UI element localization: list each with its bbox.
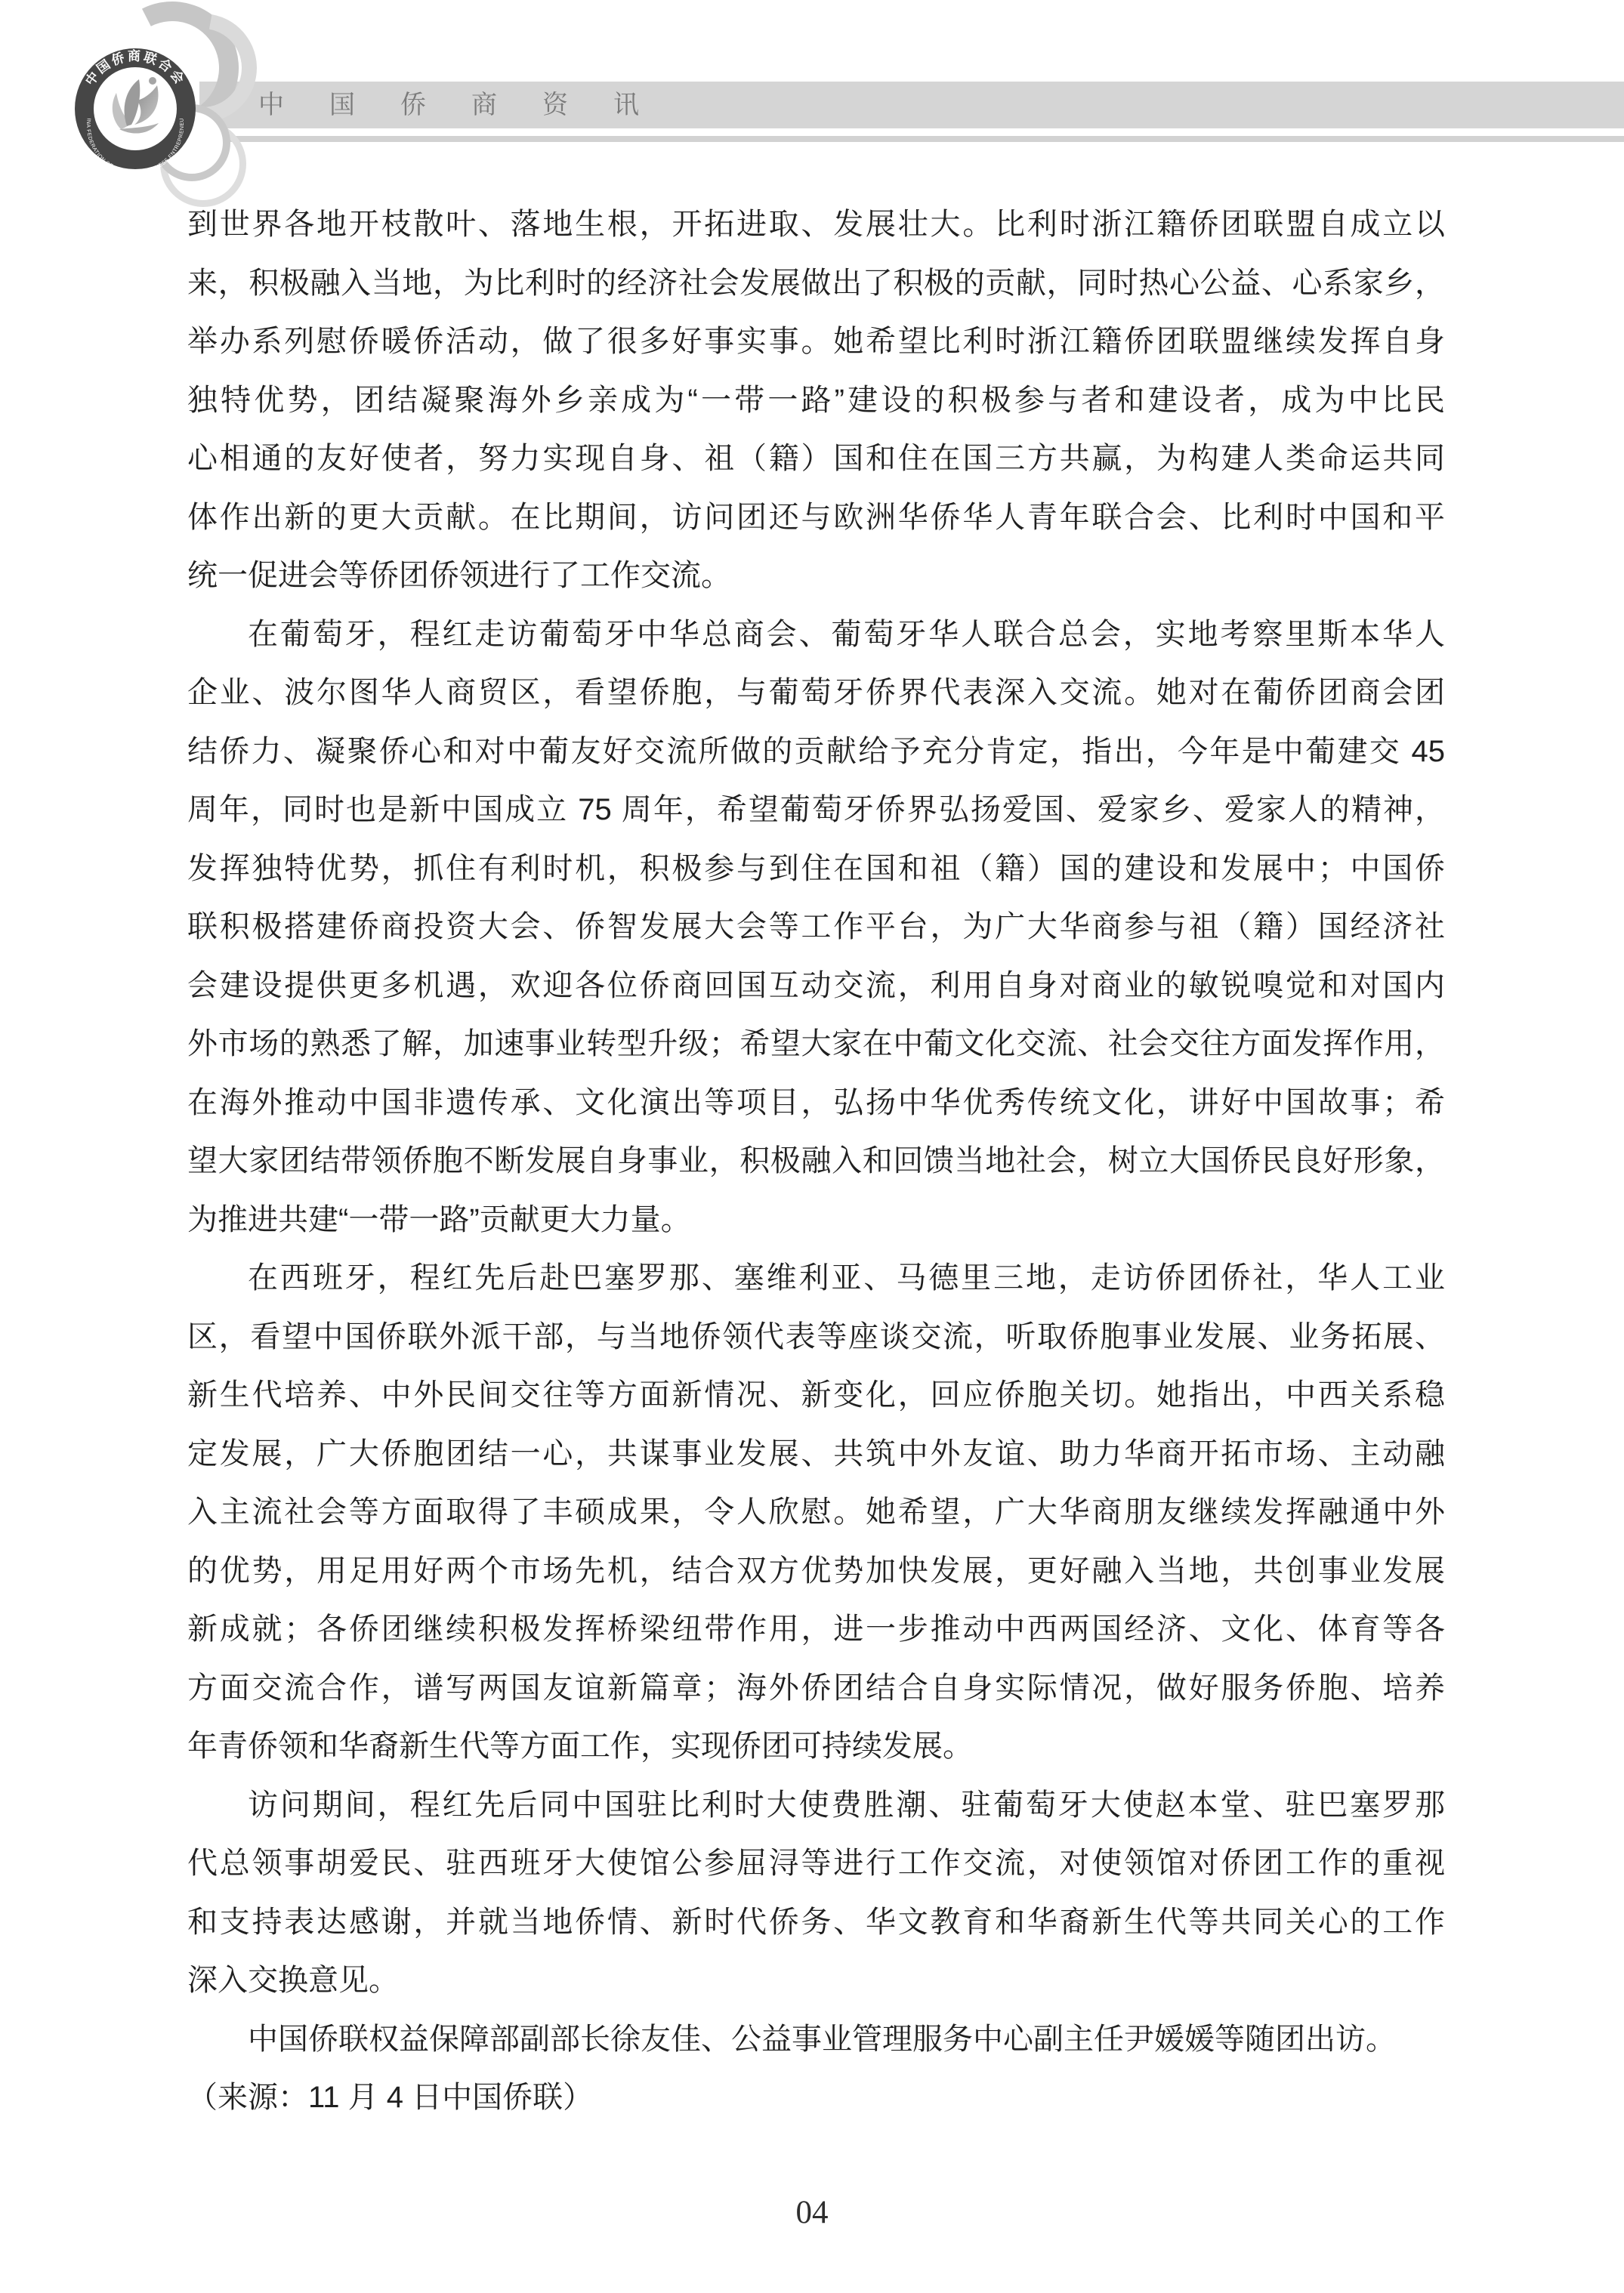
text-line: 会建设提供更多机遇，欢迎各位侨商回国互动交流，利用自身对商业的敏锐嗅觉和对国内: [187, 957, 1445, 1016]
text-line: 入主流社会等方面取得了丰硕成果，令人欣慰。她希望，广大华商朋友继续发挥融通中外: [187, 1483, 1445, 1542]
text-line: 年青侨领和华裔新生代等方面工作，实现侨团可持续发展。: [187, 1717, 1445, 1776]
text-line: 统一促进会等侨团侨领进行了工作交流。: [187, 547, 1445, 606]
text-line: 新生代培养、中外民间交往等方面新情况、新变化，回应侨胞关切。她指出，中西关系稳: [187, 1366, 1445, 1425]
text-line: 企业、波尔图华人商贸区，看望侨胞，与葡萄牙侨界代表深入交流。她对在葡侨团商会团: [187, 664, 1445, 723]
text-line: 和支持表达感谢，并就当地侨情、新时代侨务、华文教育和华裔新生代等共同关心的工作: [187, 1893, 1445, 1952]
text-line: 周年，同时也是新中国成立 75 周年，希望葡萄牙侨界弘扬爱国、爱家乡、爱家人的精…: [187, 781, 1445, 840]
masthead-band-accent: [204, 136, 1624, 142]
text-line: 为推进共建“一带一路”贡献更大力量。: [187, 1191, 1445, 1250]
page-number: 04: [0, 2194, 1624, 2231]
text-line: 联积极搭建侨商投资大会、侨智发展大会等工作平台，为广大华商参与祖（籍）国经济社: [187, 898, 1445, 957]
text-line: 在葡萄牙，程红走访葡萄牙中华总商会、葡萄牙华人联合总会，实地考察里斯本华人: [187, 606, 1445, 665]
paragraph: 在葡萄牙，程红走访葡萄牙中华总商会、葡萄牙华人联合总会，实地考察里斯本华人企业、…: [187, 606, 1445, 1250]
logo-emblem-icon: 中国侨商联合会 CHINA FEDERATION OF OVERSEAS CHI…: [74, 48, 196, 170]
text-line: 发挥独特优势，抓住有利时机，积极参与到住在国和祖（籍）国的建设和发展中；中国侨: [187, 840, 1445, 899]
text-line: 来，积极融入当地，为比利时的经济社会发展做出了积极的贡献，同时热心公益、心系家乡…: [187, 255, 1445, 313]
text-line: 中国侨联权益保障部副部长徐友佳、公益事业管理服务中心副主任尹媛媛等随团出访。: [187, 2011, 1445, 2069]
text-line: 在海外推动中国非遗传承、文化演出等项目，弘扬中华优秀传统文化，讲好中国故事；希: [187, 1074, 1445, 1133]
text-line: 体作出新的更大贡献。在比期间，访问团还与欧洲华侨华人青年联合会、比利时中国和平: [187, 489, 1445, 548]
text-line: 的优势，用足用好两个市场先机，结合双方优势加快发展，更好融入当地，共创事业发展: [187, 1542, 1445, 1601]
text-line: 到世界各地开枝散叶、落地生根，开拓进取、发展壮大。比利时浙江籍侨团联盟自成立以: [187, 196, 1445, 255]
source-line: （来源：11 月 4 日中国侨联）: [187, 2069, 1445, 2128]
paragraph: 访问期间，程红先后同中国驻比利时大使费胜潮、驻葡萄牙大使赵本堂、驻巴塞罗那代总领…: [187, 1776, 1445, 2011]
paragraphs: 到世界各地开枝散叶、落地生根，开拓进取、发展壮大。比利时浙江籍侨团联盟自成立以来…: [187, 196, 1445, 2069]
paragraph: 中国侨联权益保障部副部长徐友佳、公益事业管理服务中心副主任尹媛媛等随团出访。: [187, 2011, 1445, 2069]
text-line: 举办系列慰侨暖侨活动，做了很多好事实事。她希望比利时浙江籍侨团联盟继续发挥自身: [187, 313, 1445, 372]
text-line: 新成就；各侨团继续积极发挥桥梁纽带作用，进一步推动中西两国经济、文化、体育等各: [187, 1600, 1445, 1659]
paragraph: 到世界各地开枝散叶、落地生根，开拓进取、发展壮大。比利时浙江籍侨团联盟自成立以来…: [187, 196, 1445, 606]
page: 中国侨商资讯 中国侨商联合会 CHINA FEDERATION OF OVER: [0, 0, 1624, 2293]
article-body: 到世界各地开枝散叶、落地生根，开拓进取、发展壮大。比利时浙江籍侨团联盟自成立以来…: [187, 196, 1445, 2128]
masthead-band: 中国侨商资讯: [199, 82, 1624, 128]
text-line: 外市场的熟悉了解，加速事业转型升级；希望大家在中葡文化交流、社会交往方面发挥作用…: [187, 1015, 1445, 1074]
text-line: 望大家团结带领侨胞不断发展自身事业，积极融入和回馈当地社会，树立大国侨民良好形象…: [187, 1132, 1445, 1191]
text-line: 访问期间，程红先后同中国驻比利时大使费胜潮、驻葡萄牙大使赵本堂、驻巴塞罗那: [187, 1776, 1445, 1835]
text-line: 心相通的友好使者，努力实现自身、祖（籍）国和住在国三方共赢，为构建人类命运共同: [187, 430, 1445, 489]
paragraph: 在西班牙，程红先后赴巴塞罗那、塞维利亚、马德里三地，走访侨团侨社，华人工业区，看…: [187, 1249, 1445, 1776]
text-line: 在西班牙，程红先后赴巴塞罗那、塞维利亚、马德里三地，走访侨团侨社，华人工业: [187, 1249, 1445, 1308]
text-line: 结侨力、凝聚侨心和对中葡友好交流所做的贡献给予充分肯定，指出，今年是中葡建交 4…: [187, 723, 1445, 782]
text-line: 代总领事胡爱民、驻西班牙大使馆公参屈浔等进行工作交流，对使领馆对侨团工作的重视: [187, 1835, 1445, 1893]
text-line: 区，看望中国侨联外派干部，与当地侨领代表等座谈交流，听取侨胞事业发展、业务拓展、: [187, 1308, 1445, 1367]
org-logo: 中国侨商联合会 CHINA FEDERATION OF OVERSEAS CHI…: [0, 0, 363, 242]
text-line: 定发展，广大侨胞团结一心，共谋事业发展、共筑中外友谊、助力华商开拓市场、主动融: [187, 1425, 1445, 1484]
text-line: 深入交换意见。: [187, 1952, 1445, 2011]
text-line: 独特优势，团结凝聚海外乡亲成为“一带一路”建设的积极参与者和建设者，成为中比民: [187, 372, 1445, 431]
text-line: 方面交流合作，谱写两国友谊新篇章；海外侨团结合自身实际情况，做好服务侨胞、培养: [187, 1659, 1445, 1718]
